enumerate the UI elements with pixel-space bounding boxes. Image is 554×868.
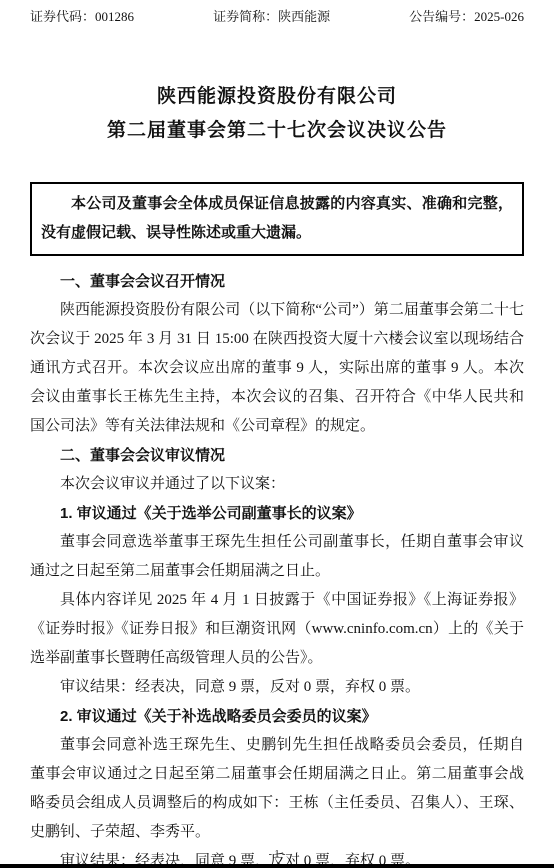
announcement-document: 证券代码：001286 证券简称：陕西能源 公告编号：2025-026 陕西能源…: [0, 0, 554, 868]
disclaimer-text: 本公司及董事会全体成员保证信息披露的内容真实、准确和完整，没有虚假记载、误导性陈…: [41, 195, 513, 241]
page-number: - 1 -: [0, 849, 554, 860]
item-2-content: 董事会同意补选王琛先生、史鹏钊先生担任战略委员会委员，任期自董事会审议通过之日起…: [30, 731, 524, 847]
disclaimer-box: 本公司及董事会全体成员保证信息披露的内容真实、准确和完整，没有虚假记载、误导性陈…: [30, 182, 524, 256]
stock-abbr: 证券简称：陕西能源: [213, 8, 330, 26]
title-line-1: 陕西能源投资股份有限公司: [30, 80, 524, 114]
bottom-divider: [0, 864, 554, 868]
item-1-disclosure: 具体内容详见 2025 年 4 月 1 日披露于《中国证券报》《上海证券报》《证…: [30, 586, 524, 673]
document-header: 证券代码：001286 证券简称：陕西能源 公告编号：2025-026: [30, 8, 524, 26]
item-1-vote-result: 审议结果：经表决，同意 9 票，反对 0 票，弃权 0 票。: [30, 673, 524, 702]
section-heading-2: 二、董事会会议审议情况: [30, 441, 524, 470]
item-1-heading: 1. 审议通过《关于选举公司副董事长的议案》: [30, 499, 524, 528]
document-title: 陕西能源投资股份有限公司 第二届董事会第二十七次会议决议公告: [30, 80, 524, 148]
section-heading-1: 一、董事会会议召开情况: [30, 267, 524, 296]
item-2-heading: 2. 审议通过《关于补选战略委员会委员的议案》: [30, 702, 524, 731]
title-line-2: 第二届董事会第二十七次会议决议公告: [30, 114, 524, 148]
stock-code: 证券代码：001286: [30, 8, 134, 26]
paragraph-meeting-info: 陕西能源投资股份有限公司（以下简称“公司”）第二届董事会第二十七次会议于 202…: [30, 296, 524, 441]
item-1-content: 董事会同意选举董事王琛先生担任公司副董事长，任期自董事会审议通过之日起至第二届董…: [30, 528, 524, 586]
document-body: 一、董事会会议召开情况 陕西能源投资股份有限公司（以下简称“公司”）第二届董事会…: [30, 267, 524, 868]
announcement-number: 公告编号：2025-026: [409, 8, 524, 26]
paragraph-review-intro: 本次会议审议并通过了以下议案：: [30, 470, 524, 499]
